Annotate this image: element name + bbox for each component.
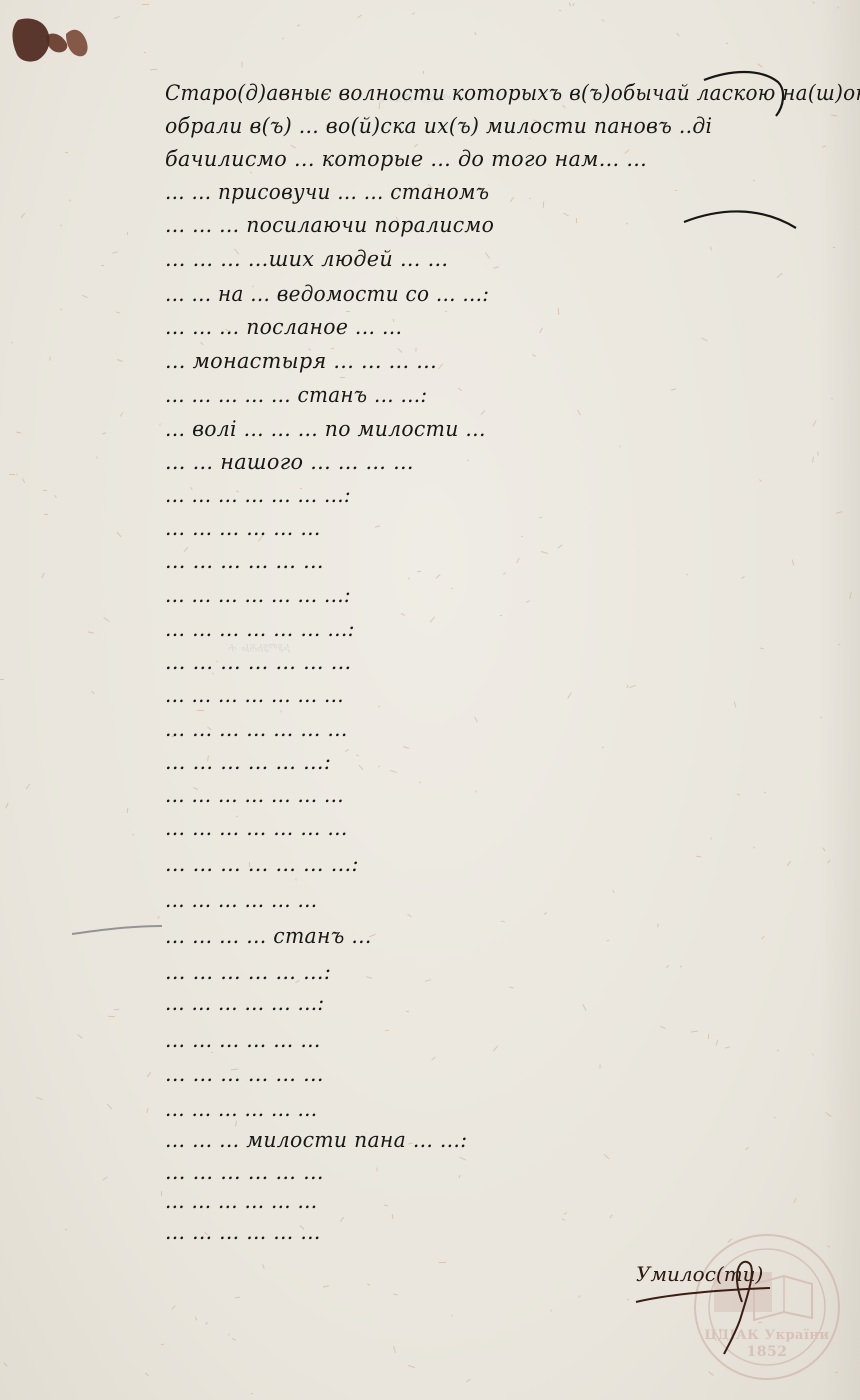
paper-fiber (9, 474, 15, 475)
manuscript-page: ⰰ ⰴⰰⰱⰵ ⰿⰺⰾⱁ ⰽⱁⱅⱁⱃⰻⱈ ⰰ Старо(д)авныє волн… (0, 0, 860, 1400)
paper-fiber (127, 232, 128, 235)
paper-fiber (102, 1176, 107, 1180)
paper-fiber (232, 1338, 236, 1341)
paper-fiber (96, 456, 98, 458)
manuscript-line: ... ... ... ... ... ... (165, 885, 317, 915)
manuscript-line: ... ... ... ... ... ... (165, 1025, 321, 1055)
paper-fiber (36, 1097, 43, 1100)
paper-fiber (384, 1204, 388, 1206)
paper-fiber (567, 692, 572, 698)
paper-fiber (569, 2, 572, 6)
paper-fiber (562, 1218, 565, 1220)
paper-fiber (582, 1004, 586, 1011)
paper-fiber (612, 890, 614, 893)
paper-fiber (764, 792, 766, 794)
paper-fiber (619, 445, 620, 447)
paper-fiber (430, 616, 435, 622)
paper-fiber (366, 976, 372, 979)
paper-fiber (403, 746, 409, 749)
paper-fiber (142, 4, 149, 5)
paper-fiber (602, 19, 604, 21)
paper-fiber (539, 328, 543, 334)
paper-fiber (101, 265, 104, 267)
paper-fiber (578, 1295, 581, 1298)
manuscript-line: ... ... ... ... ... ...: (165, 988, 324, 1018)
manuscript-line: ... монастыря ... ... ... ... (165, 346, 437, 376)
paper-fiber (610, 1214, 613, 1218)
paper-fiber (458, 388, 462, 391)
paper-fiber (737, 793, 740, 795)
paper-fiber (451, 588, 453, 590)
paper-fiber (417, 571, 421, 573)
signature-flourish (630, 1250, 780, 1360)
paper-fiber (357, 15, 362, 19)
paper-fiber (241, 61, 242, 67)
paper-fiber (657, 923, 658, 927)
paper-fiber (161, 1344, 164, 1346)
paper-fiber (761, 936, 764, 940)
paper-fiber (171, 1305, 175, 1309)
paper-fiber (701, 337, 708, 341)
paper-fiber (509, 986, 514, 988)
paper-fiber (0, 679, 4, 680)
manuscript-line: ... ... ... ... ... ... (165, 513, 321, 543)
paper-fiber (607, 940, 609, 942)
paper-fiber (54, 495, 57, 498)
manuscript-line: ... ... ... ... ... ... (165, 1059, 324, 1089)
paper-fiber (708, 1034, 709, 1039)
manuscript-line: ... ... ... ... ... ... ... (165, 714, 348, 744)
paper-fiber (459, 1175, 461, 1178)
paper-fiber (117, 359, 123, 362)
paper-fiber (197, 710, 204, 711)
manuscript-line: ... ... ... ... ... ... (165, 546, 324, 576)
paper-fiber (385, 1030, 389, 1032)
paper-fiber (629, 685, 636, 689)
paper-fiber (543, 201, 545, 208)
paper-fiber (777, 273, 783, 279)
paper-fiber (539, 517, 542, 519)
paper-fiber (412, 12, 415, 14)
paper-fiber (423, 71, 424, 74)
paper-fiber (205, 1322, 208, 1325)
paper-fiber (408, 1365, 415, 1368)
paper-fiber (60, 224, 62, 226)
paper-fiber (445, 311, 447, 313)
paper-fiber (419, 781, 421, 783)
paper-fiber (500, 615, 502, 616)
paper-fiber (532, 354, 536, 357)
paper-fiber (280, 710, 282, 712)
paper-fiber (88, 631, 94, 633)
paper-fiber (691, 1031, 698, 1033)
paper-fiber (378, 706, 380, 708)
paper-fiber (297, 24, 300, 26)
paper-fiber (787, 861, 791, 866)
paper-fiber (831, 398, 833, 400)
paper-fiber (501, 920, 505, 922)
paper-fiber (558, 308, 560, 315)
paper-fiber (710, 837, 712, 839)
paper-fiber (408, 577, 410, 579)
paper-fiber (69, 199, 71, 201)
paper-fiber (282, 37, 284, 39)
paper-fiber (107, 1104, 113, 1110)
manuscript-line: ... ... ... ... ... ... ... (165, 680, 344, 710)
paper-fiber (22, 478, 25, 483)
paper-fiber (734, 701, 737, 707)
paper-fiber (150, 69, 157, 71)
paper-fiber (675, 190, 677, 191)
paper-fiber (393, 1293, 398, 1295)
paper-fiber (390, 770, 397, 773)
paper-fiber (666, 965, 669, 968)
paper-fiber (49, 356, 50, 360)
manuscript-line: ... ... ... ... ... ... ... (165, 780, 344, 810)
manuscript-line: ... ... ... ... ... станъ ... ...: (165, 380, 427, 410)
manuscript-line: ... ... ... ... ... ... (165, 1186, 317, 1216)
paper-fiber (161, 1191, 162, 1196)
paper-fiber (44, 514, 48, 515)
paper-fiber (557, 544, 562, 549)
paper-fiber (145, 1373, 149, 1376)
paper-fiber (43, 490, 47, 491)
paper-fiber (5, 803, 8, 809)
margin-pen-stroke (70, 920, 165, 940)
paper-fiber (114, 1009, 119, 1011)
paper-fiber (21, 213, 25, 218)
paper-fiber (485, 252, 490, 258)
paper-fiber (451, 1314, 453, 1316)
page-edge-shadow (820, 0, 860, 1400)
manuscript-line: ... ... на ... ведомости со ... ...: (165, 279, 489, 309)
paper-fiber (696, 856, 701, 858)
paper-fiber (16, 473, 17, 475)
paper-fiber (367, 1283, 370, 1285)
paper-fiber (340, 377, 345, 378)
paper-fiber (516, 558, 520, 564)
paper-fiber (759, 479, 762, 482)
paper-fiber (195, 1316, 197, 1320)
paper-fiber (228, 1333, 230, 1335)
paper-fiber (716, 1039, 719, 1045)
paper-fiber (147, 1072, 151, 1077)
paper-fiber (392, 1214, 394, 1219)
manuscript-line: ... ... ... ... ... ... ...: (165, 480, 351, 510)
paper-fiber (812, 456, 814, 462)
paper-fiber (393, 1346, 396, 1353)
paper-fiber (753, 180, 755, 182)
paper-fiber (475, 790, 477, 792)
paper-fiber (671, 388, 676, 390)
paper-fiber (146, 1108, 148, 1113)
manuscript-line: ... ... ... посланое ... ... (165, 312, 402, 342)
paper-fiber (774, 1116, 775, 1118)
paper-fiber (108, 1016, 115, 1018)
paper-fiber (576, 218, 577, 223)
paper-fiber (757, 63, 762, 67)
paper-fiber (710, 246, 712, 250)
paper-fiber (116, 311, 120, 313)
paper-fiber (200, 342, 203, 346)
paper-fiber (466, 1379, 471, 1382)
paper-fiber (563, 213, 569, 217)
manuscript-line: ... ... ... ... ... ... ...: (165, 614, 355, 644)
manuscript-line: бачилисмо ... которые ... до того нам...… (165, 144, 647, 174)
paper-fiber (559, 10, 561, 12)
paper-fiber (41, 573, 45, 579)
paper-fiber (626, 223, 628, 225)
manuscript-line: ... ... ... ... станъ ... (165, 921, 372, 951)
paper-fiber (550, 1309, 552, 1311)
manuscript-line: ... ... ... ... ... ... ... (165, 813, 348, 843)
paper-fiber (435, 574, 440, 579)
paper-fiber (812, 1053, 814, 1055)
paper-fiber (660, 1026, 666, 1029)
pen-flourish (680, 200, 800, 240)
paper-fiber (112, 251, 118, 253)
paper-fiber (604, 1154, 610, 1160)
paper-fiber (817, 451, 818, 455)
paper-fiber (541, 551, 548, 554)
paper-fiber (493, 266, 499, 268)
paper-fiber (474, 717, 478, 723)
paper-fiber (103, 617, 109, 622)
paper-fiber (627, 1299, 629, 1301)
paper-fiber (323, 1285, 329, 1287)
paper-fiber (544, 912, 547, 915)
paper-fiber (760, 647, 764, 649)
manuscript-line: ... ... присовучи ... ... станомъ (165, 177, 489, 207)
paper-fiber (439, 1262, 446, 1263)
paper-fiber (425, 979, 431, 982)
paper-fiber (521, 536, 523, 538)
paper-fiber (102, 432, 106, 434)
paper-fiber (577, 410, 581, 416)
paper-fiber (792, 559, 795, 565)
paper-fiber (793, 1198, 796, 1204)
paper-fiber (406, 1011, 409, 1012)
paper-fiber (375, 525, 380, 527)
paper-fiber (741, 576, 745, 579)
manuscript-line: ... ... ... ... ... ... (165, 1094, 317, 1124)
manuscript-line: ... ... ... ... ... ... (165, 1217, 321, 1247)
paper-fiber (812, 1, 815, 4)
paper-fiber (11, 341, 13, 343)
paper-fiber (459, 1157, 466, 1161)
manuscript-line: ... ... ... ... ... ... ...: (165, 580, 351, 610)
ink-blot-icon (8, 14, 96, 64)
paper-fiber (157, 916, 160, 919)
paper-fiber (572, 3, 574, 6)
paper-fiber (526, 600, 530, 603)
paper-fiber (77, 1034, 82, 1039)
paper-fiber (753, 846, 755, 848)
manuscript-line: ... ... ... ...ших людей ... ... (165, 244, 448, 274)
paper-fiber (127, 808, 129, 813)
paper-fiber (235, 1297, 240, 1299)
paper-fiber (467, 459, 469, 461)
paper-fiber (680, 965, 682, 967)
paper-fiber (745, 1147, 749, 1150)
manuscript-line: ... ... ... ... ... ...: (165, 957, 331, 987)
paper-fiber (407, 914, 412, 918)
paper-fiber (117, 532, 122, 537)
paper-fiber (725, 1046, 730, 1048)
paper-fiber (345, 749, 349, 752)
paper-fiber (833, 247, 835, 248)
paper-fiber (65, 152, 68, 153)
paper-fiber (564, 1212, 567, 1214)
paper-fiber (91, 691, 95, 694)
paper-fiber (777, 1049, 779, 1051)
paper-fiber (378, 765, 380, 767)
manuscript-line: Старо(д)авныє волности которыхъ в(ъ)обыч… (165, 78, 860, 108)
paper-fiber (493, 1045, 498, 1051)
paper-fiber (376, 1167, 378, 1171)
paper-fiber (144, 52, 146, 53)
paper-fiber (599, 1064, 600, 1068)
paper-fiber (26, 784, 30, 790)
paper-fiber (438, 363, 443, 369)
paper-fiber (431, 1056, 435, 1060)
paper-fiber (132, 834, 134, 835)
manuscript-line: ... ... ... ... ... ... ...: (165, 849, 359, 879)
paper-fiber (120, 412, 124, 417)
manuscript-line: ... ... ... ... ... ... ... (165, 647, 351, 677)
paper-fiber (510, 197, 514, 202)
paper-fiber (401, 613, 405, 616)
manuscript-line: ... ... ... милости пана ... ...: (165, 1125, 467, 1155)
manuscript-line: ... ... нашого ... ... ... ... (165, 447, 414, 477)
paper-fiber (820, 716, 822, 718)
manuscript-line: ... ... ... посилаючи поралисмо (165, 210, 494, 240)
paper-fiber (726, 43, 728, 44)
paper-fiber (686, 573, 688, 575)
paper-fiber (676, 33, 679, 37)
paper-fiber (65, 1229, 67, 1230)
manuscript-line: ... волi ... ... ... по милости ... (165, 414, 486, 444)
paper-fiber (503, 572, 506, 575)
paper-fiber (114, 16, 120, 19)
paper-fiber (356, 754, 359, 756)
manuscript-line: обрали в(ъ) ... во(й)ска их(ъ) милости п… (165, 111, 712, 141)
paper-fiber (340, 1217, 344, 1222)
paper-fiber (60, 308, 61, 310)
paper-fiber (82, 295, 88, 298)
paper-fiber (602, 746, 604, 748)
paper-fiber (262, 1264, 265, 1269)
paper-fiber (3, 1362, 7, 1366)
paper-fiber (159, 423, 161, 425)
paper-fiber (474, 32, 476, 35)
paper-fiber (359, 765, 364, 770)
paper-fiber (251, 1393, 253, 1394)
paper-fiber (529, 197, 531, 199)
manuscript-line: ... ... ... ... ... ... (165, 1157, 324, 1187)
paper-fiber (16, 432, 21, 434)
manuscript-line: ... ... ... ... ... ...: (165, 747, 331, 777)
paper-fiber (812, 420, 816, 427)
